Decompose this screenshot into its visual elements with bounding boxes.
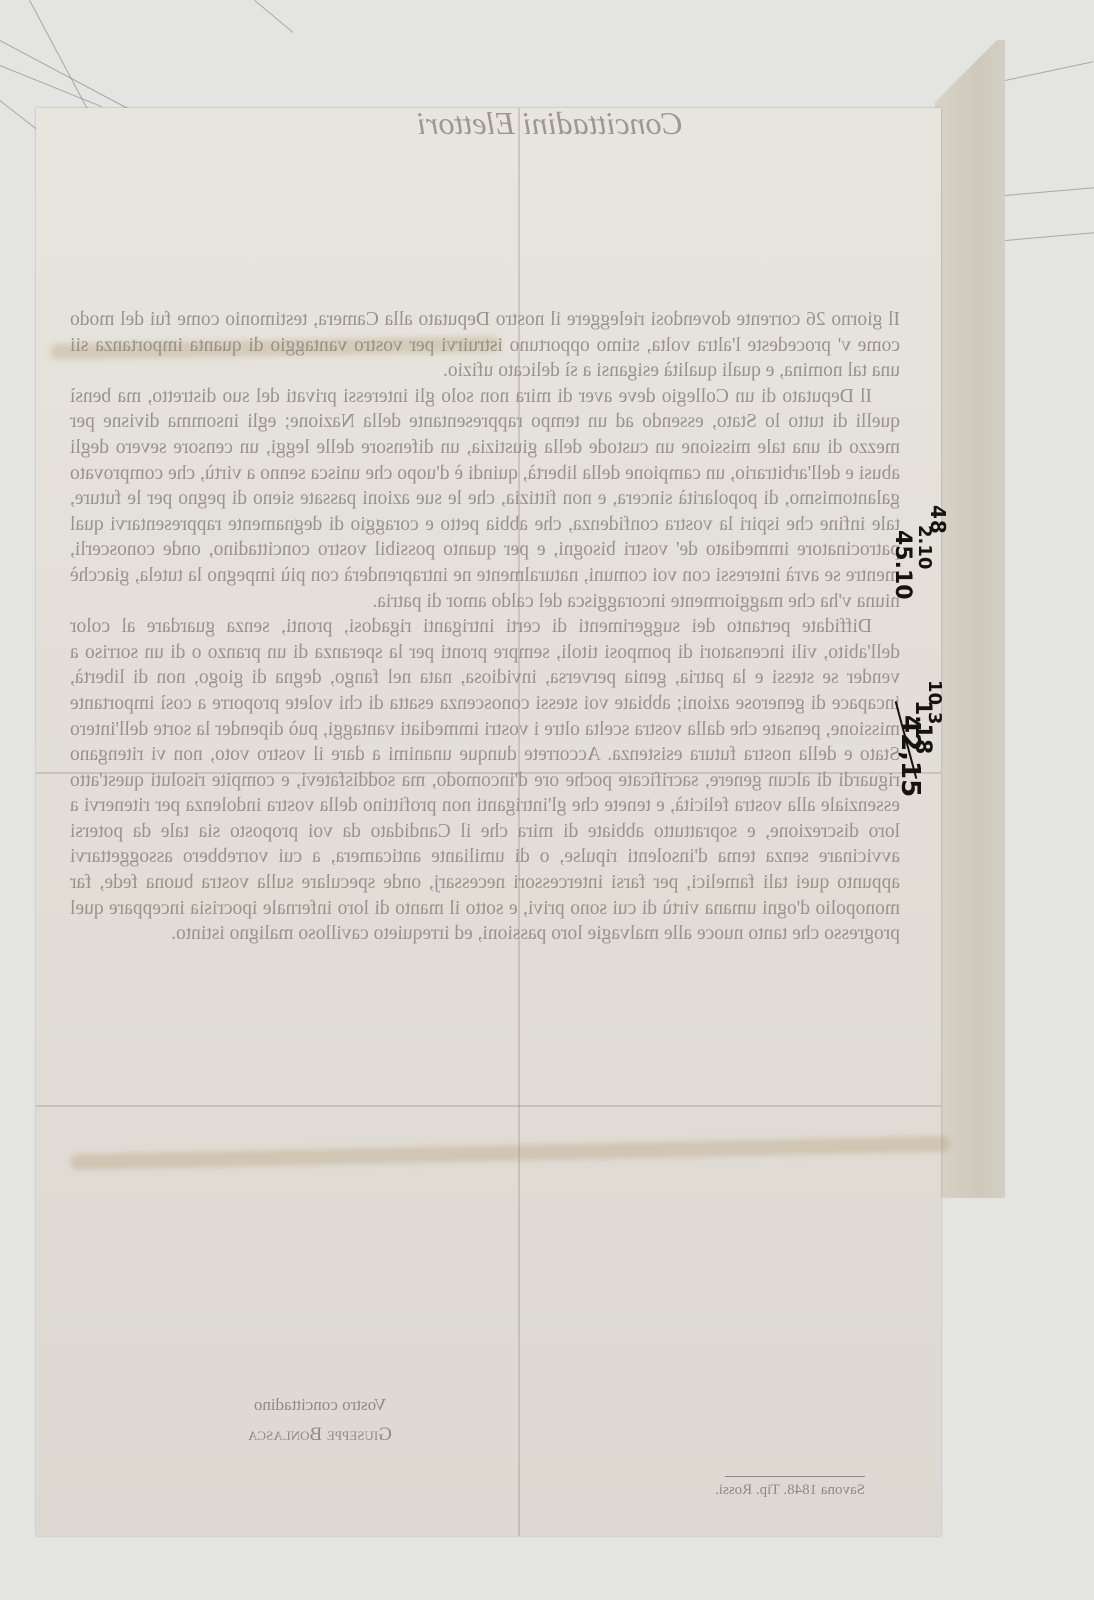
background-line: [1005, 61, 1093, 81]
body-paragraph: Diffidate pertanto dei suggerimenti di c…: [70, 614, 900, 947]
handwritten-note: 45.10: [890, 530, 915, 600]
handwritten-note: 2.10: [914, 525, 935, 569]
document-heading: Concittadini Elettori: [380, 105, 720, 142]
document-body: Il giorno 26 corrente dovendosi rielegge…: [70, 307, 900, 947]
horizontal-fold: [36, 1105, 941, 1107]
body-paragraph: Il giorno 26 corrente dovendosi rielegge…: [70, 307, 900, 384]
background-line: [254, 0, 293, 33]
background-line: [1005, 232, 1094, 241]
folded-paper-flap: [935, 40, 1005, 1198]
printer-imprint: Savona 1848. Tip. Rossi.: [680, 1482, 900, 1499]
signature: Giuseppe Bonlasca: [200, 1420, 440, 1450]
body-paragraph: Il Deputato di un Collegio deve aver di …: [70, 384, 900, 614]
valediction: Vostro concittadino: [200, 1390, 440, 1420]
background-line: [1005, 187, 1094, 196]
imprint-rule: [725, 1476, 865, 1477]
closing-block: Vostro concittadino Giuseppe Bonlasca: [200, 1390, 440, 1450]
